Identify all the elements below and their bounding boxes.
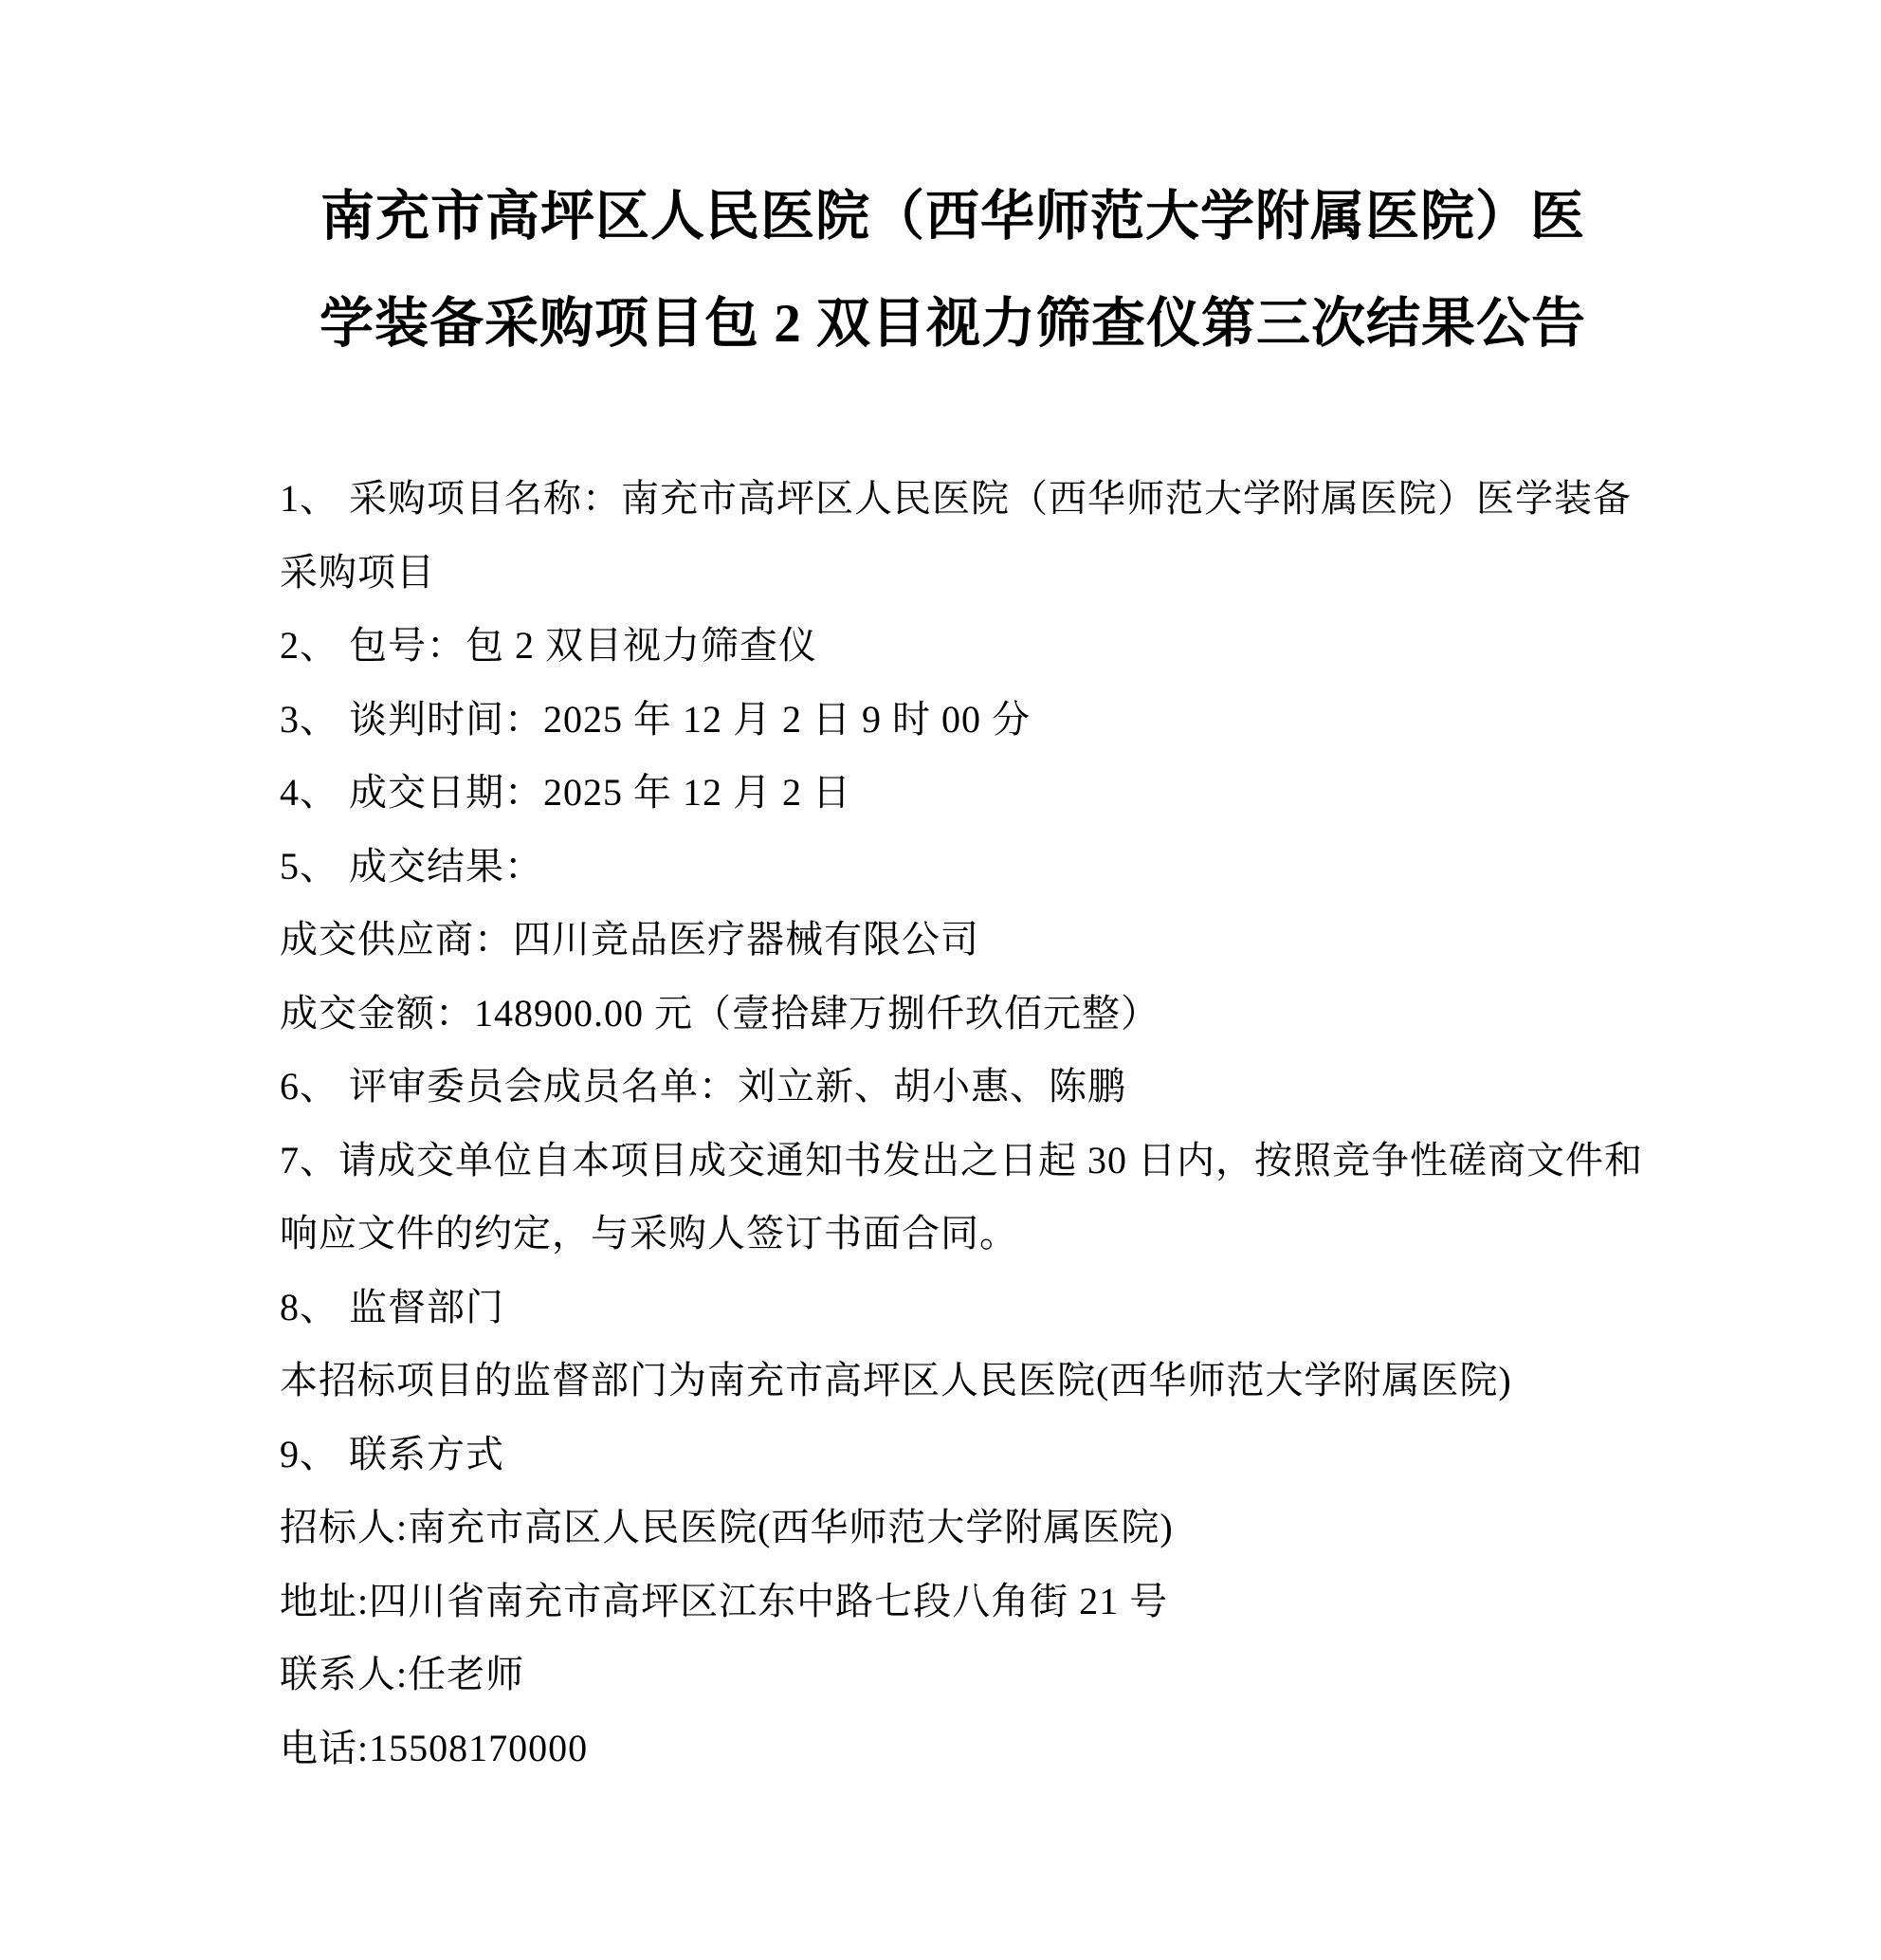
body-line-review-committee: 6、 评审委员会成员名单：刘立新、胡小惠、陈鹏 bbox=[280, 1050, 1654, 1124]
body-line-tenderer: 招标人:南充市高区人民医院(西华师范大学附属医院) bbox=[280, 1491, 1654, 1565]
body-line-contact-heading: 9、 联系方式 bbox=[280, 1418, 1654, 1492]
body-line-award-amount: 成交金额：148900.00 元（壹拾肆万捌仟玖佰元整） bbox=[280, 977, 1654, 1051]
body-line-address: 地址:四川省南充市高坪区江东中路七段八角街 21 号 bbox=[280, 1565, 1654, 1639]
body-line-supplier: 成交供应商：四川竞品医疗器械有限公司 bbox=[280, 903, 1654, 977]
body-line-phone: 电话:15508170000 bbox=[280, 1712, 1654, 1786]
body-line-negotiation-time: 3、 谈判时间：2025 年 12 月 2 日 9 时 00 分 bbox=[280, 683, 1654, 757]
document-body: 1、 采购项目名称：南充市高坪区人民医院（西华师范大学附属医院）医学装备 采购项… bbox=[280, 462, 1654, 1785]
title-line-2: 学装备采购项目包 2 双目视力筛查仪第三次结果公告 bbox=[280, 270, 1626, 377]
body-line-package-number: 2、 包号：包 2 双目视力筛查仪 bbox=[280, 609, 1654, 683]
body-line-contact-person: 联系人:任老师 bbox=[280, 1638, 1654, 1712]
title-line-1: 南充市高坪区人民医院（西华师范大学附属医院）医 bbox=[280, 163, 1626, 270]
body-line-award-result-heading: 5、 成交结果： bbox=[280, 830, 1654, 904]
body-line-supervision-dept-detail: 本招标项目的监督部门为南充市高坪区人民医院(西华师范大学附属医院) bbox=[280, 1344, 1654, 1418]
body-line-contract-requirement-continued: 响应文件的约定，与采购人签订书面合同。 bbox=[280, 1197, 1654, 1271]
body-line-supervision-dept-heading: 8、 监督部门 bbox=[280, 1271, 1654, 1345]
document-page: 南充市高坪区人民医院（西华师范大学附属医院）医 学装备采购项目包 2 双目视力筛… bbox=[0, 0, 1881, 1960]
document-title: 南充市高坪区人民医院（西华师范大学附属医院）医 学装备采购项目包 2 双目视力筛… bbox=[280, 163, 1626, 377]
body-line-award-date: 4、 成交日期：2025 年 12 月 2 日 bbox=[280, 756, 1654, 830]
body-line-project-name: 1、 采购项目名称：南充市高坪区人民医院（西华师范大学附属医院）医学装备 bbox=[280, 462, 1654, 536]
body-line-project-name-continued: 采购项目 bbox=[280, 536, 1654, 610]
body-line-contract-requirement: 7、请成交单位自本项目成交通知书发出之日起 30 日内，按照竞争性磋商文件和 bbox=[280, 1124, 1654, 1198]
